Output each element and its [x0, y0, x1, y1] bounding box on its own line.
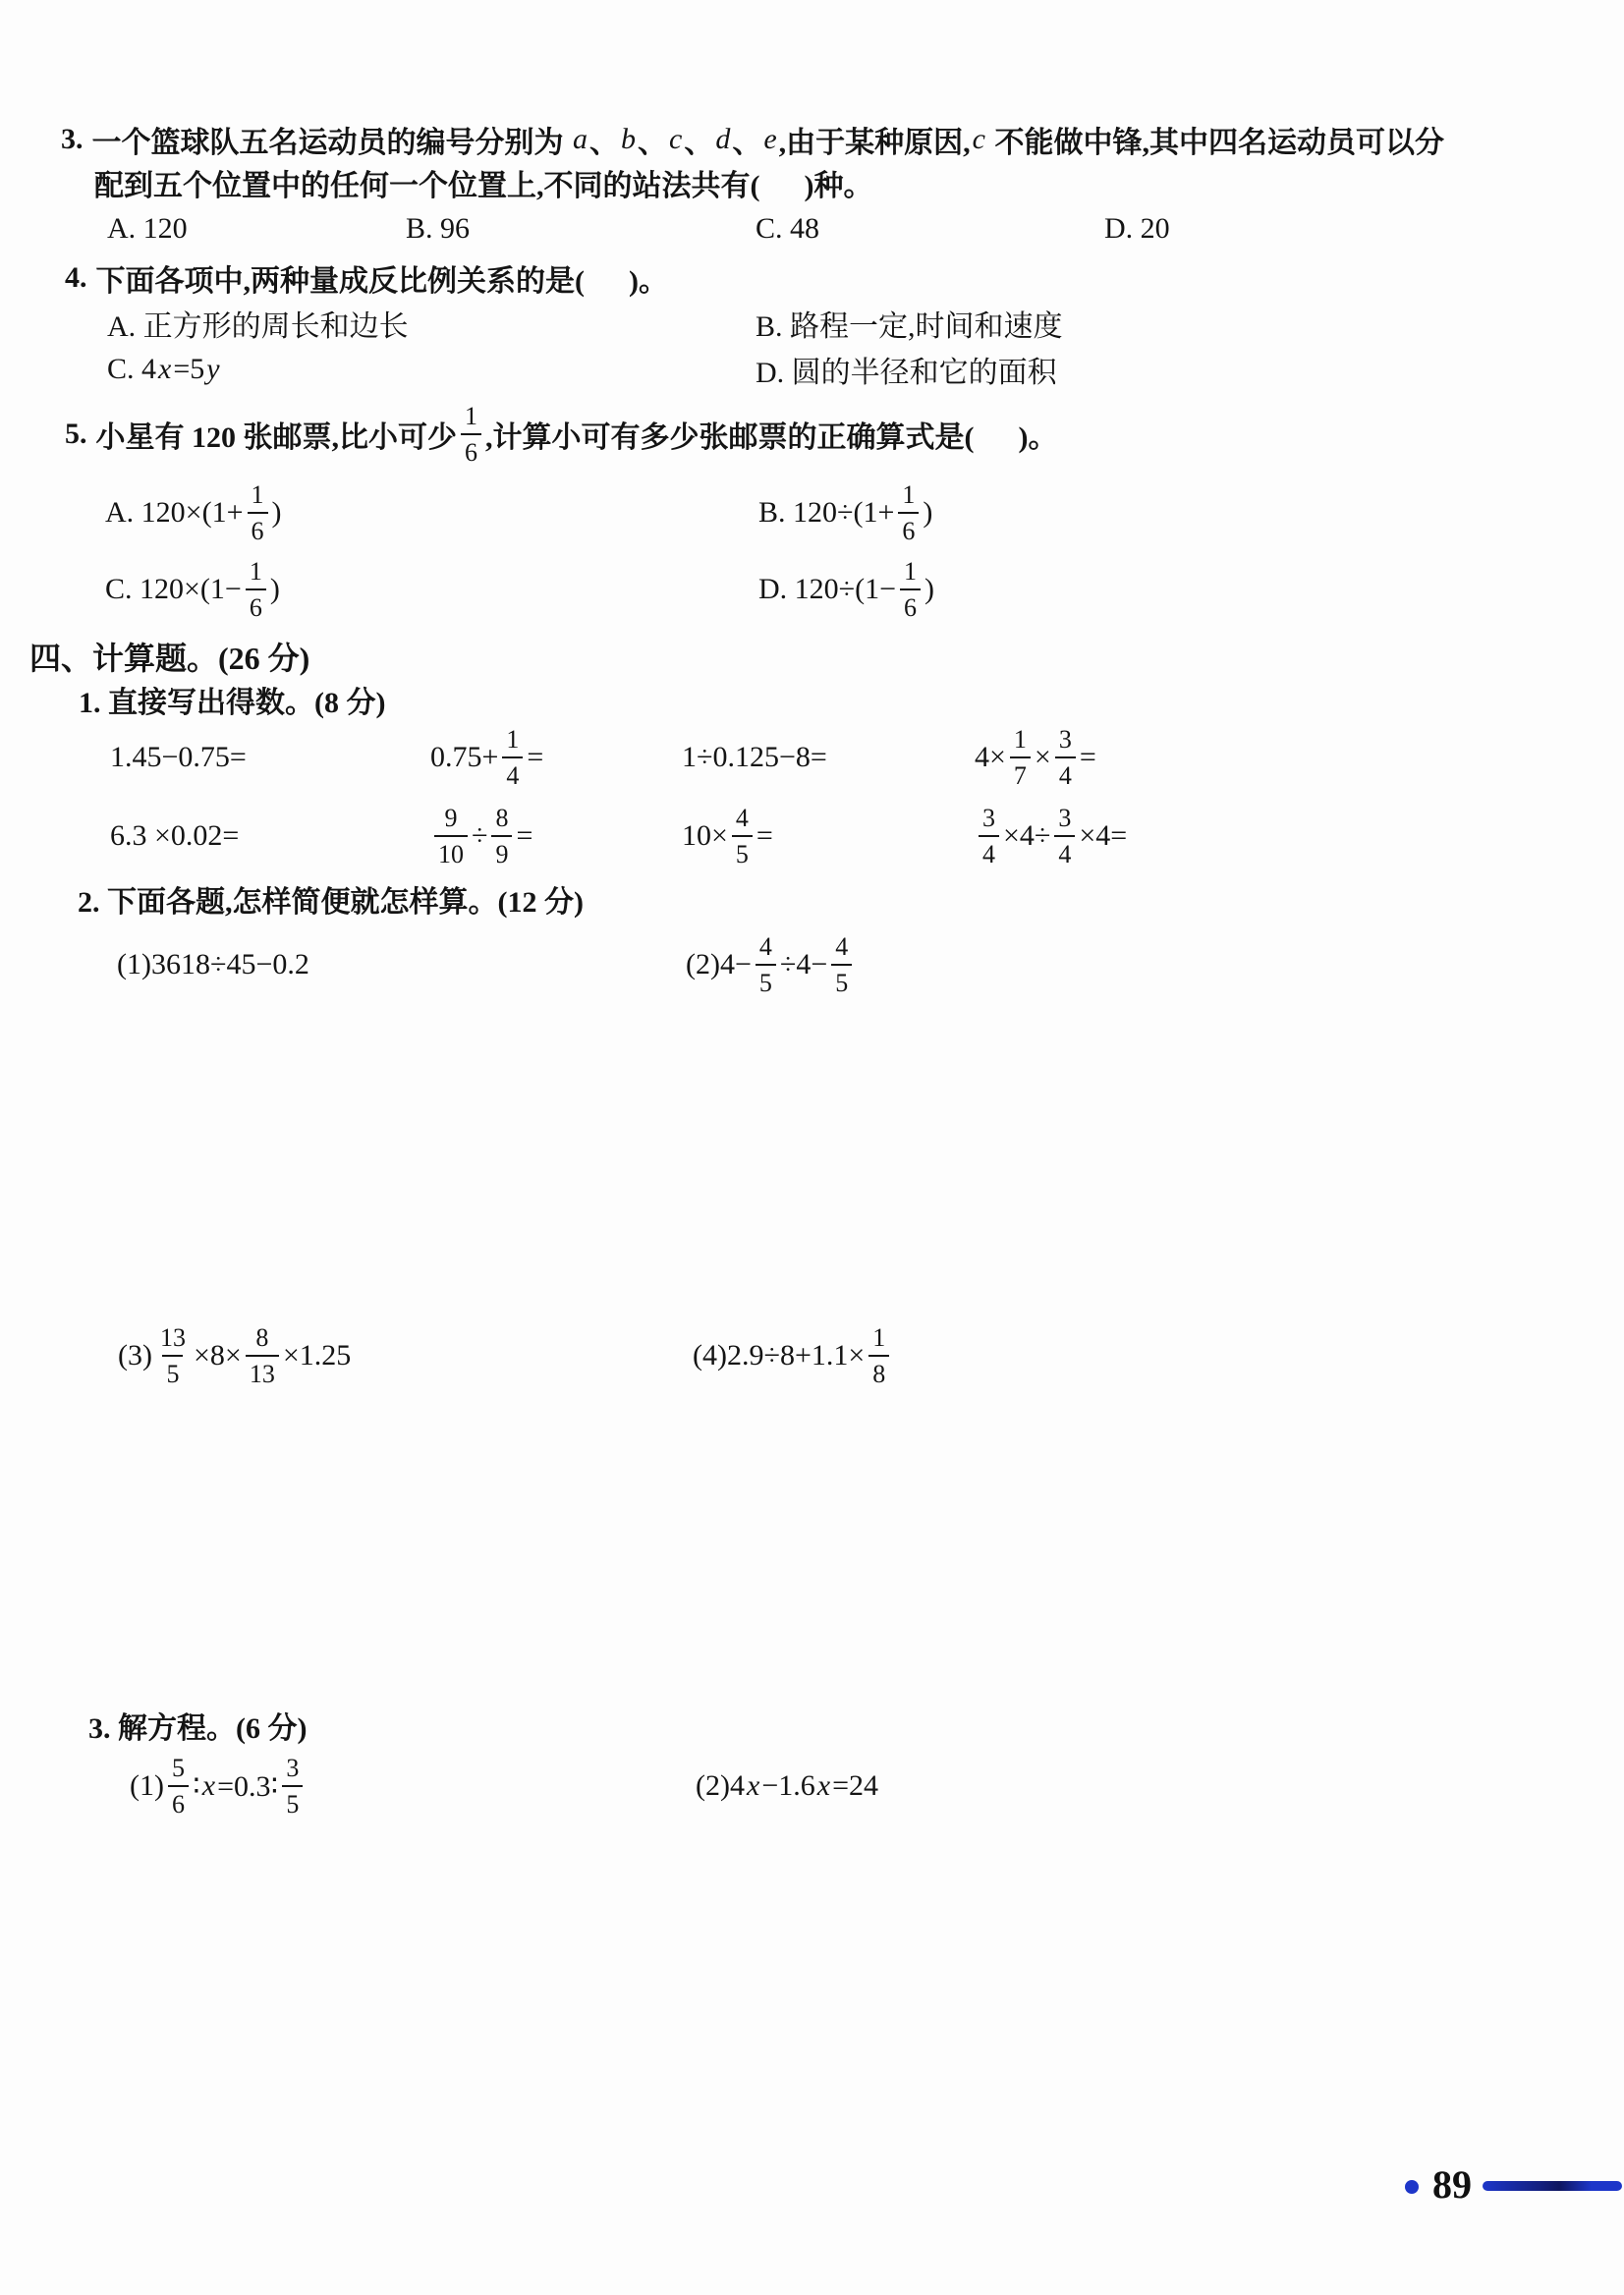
section-title-text: 四、计算题。(26 分) — [29, 634, 309, 679]
text-run: (4)2.9÷8+1.1× — [693, 1339, 865, 1372]
math-variable: a — [571, 123, 589, 156]
question-4-option-b: B. 路程一定,时间和速度 — [756, 302, 1063, 345]
fraction-numerator: 1 — [868, 1324, 889, 1355]
text-run: 一个篮球队五名运动员的编号分别为 — [92, 118, 572, 161]
fraction: 45 — [831, 933, 852, 997]
subsection-title-text: 2. 下面各题,怎样简便就怎样算。(12 分) — [78, 877, 584, 921]
fraction-numerator: 9 — [441, 805, 462, 835]
option-label: D. 圆的半径和它的面积 — [756, 348, 1057, 391]
text-run: −1.6 — [761, 1769, 814, 1803]
question-3-option-b: B. 96 — [406, 207, 470, 251]
fraction-denominator: 9 — [491, 835, 512, 868]
question-3-text: 一个篮球队五名运动员的编号分别为 a、b、c、d、e,由于某种原因,c 不能做中… — [92, 118, 1444, 161]
subsection-title-text: 3. 解方程。(6 分) — [88, 1704, 307, 1747]
text-run: (1)3618÷45−0.2 — [117, 948, 309, 981]
simplify-item-2: (2)4−45÷4−45 — [686, 928, 856, 1001]
calc-expression-1-2: 0.75+14= — [430, 721, 543, 794]
text-run: 、 — [684, 118, 713, 161]
fraction: 89 — [491, 805, 512, 868]
section-4-title: 四、计算题。(26 分) — [29, 635, 309, 678]
expression: 10×45= — [682, 805, 773, 868]
simplify-item-3: (3)135×8×813×1.25 — [118, 1319, 351, 1392]
text-run: 10× — [682, 819, 728, 853]
text-run: (2)4− — [686, 948, 752, 981]
text-run: ×4÷ — [1003, 819, 1050, 853]
text-run: ÷ — [472, 819, 487, 853]
option-label: C. 4x=5y — [107, 353, 222, 386]
equation-item-2: (2)4x−1.6x=24 — [696, 1750, 878, 1822]
math-variable: y — [204, 353, 221, 386]
fraction-denominator: 6 — [168, 1785, 189, 1818]
question-5-option-b: B. 120÷(1+16) — [758, 476, 932, 549]
fraction-numerator: 1 — [246, 558, 266, 588]
fraction-denominator: 4 — [502, 756, 523, 789]
calc-expression-1-4: 4×17×34= — [975, 721, 1096, 794]
text-run: C. 120×(1− — [105, 573, 242, 606]
fraction-denominator: 7 — [1010, 756, 1031, 789]
fraction-numerator: 1 — [461, 403, 481, 433]
calc-expression-2-1: 6.3 ×0.02= — [110, 800, 239, 872]
text-run: =0.3∶ — [217, 1769, 278, 1804]
calc-expression-2-2: 910÷89= — [430, 800, 532, 872]
fraction: 16 — [461, 403, 481, 467]
question-4-stem: 4. 下面各项中,两种量成反比例关系的是( )。 — [65, 256, 668, 300]
option-label: C. 120×(1−16) — [105, 558, 280, 622]
expression: (1)3618÷45−0.2 — [117, 948, 309, 981]
fraction: 35 — [282, 1755, 303, 1819]
expression: 34×4÷34×4= — [975, 805, 1127, 868]
question-5-text: 小星有 120 张邮票,比小可少16,计算小可有多少张邮票的正确算式是( )。 — [96, 403, 1058, 467]
text-run: = — [1080, 741, 1096, 774]
fraction: 910 — [434, 805, 468, 868]
fraction-numerator: 5 — [168, 1755, 189, 1785]
fraction-denominator: 6 — [900, 588, 921, 621]
question-5-option-c: C. 120×(1−16) — [105, 553, 280, 626]
text-run: 、 — [732, 118, 761, 161]
subsection-title-text: 1. 直接写出得数。(8 分) — [79, 678, 385, 721]
fraction: 17 — [1010, 726, 1031, 790]
text-run: = — [756, 819, 773, 853]
fraction-denominator: 6 — [246, 588, 266, 621]
fraction-numerator: 3 — [979, 805, 999, 835]
calc-expression-2-4: 34×4÷34×4= — [975, 800, 1127, 872]
fraction-denominator: 6 — [898, 512, 919, 544]
text-run: ,由于某种原因, — [779, 118, 971, 161]
calc-expression-2-3: 10×45= — [682, 800, 773, 872]
option-label: A. 120 — [107, 212, 188, 246]
text-run: C. 4 — [107, 353, 156, 386]
expression: (1)56∶x=0.3∶35 — [130, 1755, 307, 1819]
text-run: 4× — [975, 741, 1006, 774]
math-variable: b — [619, 123, 638, 156]
question-5-number: 5. — [65, 418, 96, 451]
fraction-numerator: 3 — [282, 1755, 303, 1785]
fraction: 16 — [898, 481, 919, 545]
fraction: 34 — [1055, 726, 1076, 790]
expression: 910÷89= — [430, 805, 532, 868]
text-run: × — [1035, 741, 1051, 774]
text-run: 、 — [589, 118, 619, 161]
text-run: (1) — [130, 1769, 164, 1803]
fraction-numerator: 1 — [898, 481, 919, 512]
fraction: 34 — [1054, 805, 1075, 868]
text-run: =24 — [832, 1769, 878, 1803]
fraction-numerator: 13 — [156, 1324, 190, 1355]
option-label: B. 120÷(1+16) — [758, 481, 932, 545]
option-label: C. 48 — [756, 212, 819, 246]
expression: 4×17×34= — [975, 726, 1096, 790]
fraction-numerator: 1 — [1010, 726, 1031, 756]
text-run: ×4= — [1079, 819, 1127, 853]
math-variable: d — [713, 123, 732, 156]
math-variable: x — [156, 353, 173, 386]
option-label: A. 正方形的周长和边长 — [107, 302, 409, 345]
equation-item-1: (1)56∶x=0.3∶35 — [130, 1750, 307, 1822]
text-run: ,计算小可有多少张邮票的正确算式是( )。 — [485, 413, 1057, 456]
text-run: ) — [924, 573, 934, 606]
fraction: 45 — [756, 933, 776, 997]
fraction-denominator: 4 — [1054, 835, 1075, 868]
text-run: ) — [923, 496, 932, 530]
fraction: 34 — [979, 805, 999, 868]
subsection-2-title: 2. 下面各题,怎样简便就怎样算。(12 分) — [78, 877, 584, 921]
text-run: 不能做中锋,其中四名运动员可以分 — [987, 118, 1444, 161]
question-5-option-d: D. 120÷(1−16) — [758, 553, 934, 626]
expression: 1÷0.125−8= — [682, 741, 827, 774]
fraction-numerator: 1 — [900, 558, 921, 588]
question-4-text: 下面各项中,两种量成反比例关系的是( )。 — [96, 256, 668, 300]
option-label: B. 路程一定,时间和速度 — [756, 302, 1063, 345]
text-run: 6.3 ×0.02= — [110, 819, 239, 853]
option-label: A. 120×(1+16) — [105, 481, 282, 545]
expression: (2)4−45÷4−45 — [686, 933, 856, 997]
simplify-item-1: (1)3618÷45−0.2 — [117, 928, 309, 1001]
fraction-denominator: 6 — [461, 433, 481, 466]
text-run: = — [516, 819, 532, 853]
question-3-line-1: 3. 一个篮球队五名运动员的编号分别为 a、b、c、d、e,由于某种原因,c 不… — [61, 118, 1444, 161]
fraction-numerator: 1 — [502, 726, 523, 756]
text-run: ) — [272, 496, 282, 530]
fraction-denominator: 4 — [979, 835, 999, 868]
text-run: 1÷0.125−8= — [682, 741, 827, 774]
text-run: ×8× — [194, 1339, 242, 1372]
expression: 0.75+14= — [430, 726, 543, 790]
question-4-option-a: A. 正方形的周长和边长 — [107, 302, 409, 345]
fraction: 45 — [732, 805, 753, 868]
question-3-option-c: C. 48 — [756, 207, 819, 251]
fraction: 14 — [502, 726, 523, 790]
fraction-denominator: 13 — [246, 1355, 279, 1387]
fraction: 56 — [168, 1755, 189, 1819]
math-variable: c — [667, 123, 684, 156]
math-variable: c — [971, 123, 987, 156]
fraction-denominator: 4 — [1055, 756, 1076, 789]
fraction-numerator: 3 — [1055, 726, 1076, 756]
question-3-text-continued: 配到五个位置中的任何一个位置上,不同的站法共有( )种。 — [94, 161, 872, 204]
expression: 1.45−0.75= — [110, 741, 247, 774]
fraction-denominator: 5 — [282, 1785, 303, 1818]
math-variable: x — [815, 1769, 832, 1803]
question-3-number: 3. — [61, 123, 92, 156]
fraction-numerator: 4 — [831, 933, 852, 964]
calc-expression-1-3: 1÷0.125−8= — [682, 721, 827, 794]
page-number: 89 — [1432, 2161, 1472, 2208]
math-variable: x — [200, 1769, 217, 1803]
text-run: A. 120×(1+ — [105, 496, 244, 530]
fraction: 135 — [156, 1324, 190, 1388]
fraction-numerator: 3 — [1054, 805, 1075, 835]
text-run: 1.45−0.75= — [110, 741, 247, 774]
text-run: ÷4− — [780, 948, 827, 981]
expression: 6.3 ×0.02= — [110, 819, 239, 853]
question-5-stem: 5. 小星有 120 张邮票,比小可少16,计算小可有多少张邮票的正确算式是( … — [65, 398, 1057, 471]
text-run: ×1.25 — [283, 1339, 351, 1372]
text-run: 0.75+ — [430, 741, 498, 774]
expression: (3)135×8×813×1.25 — [118, 1324, 351, 1388]
text-run: 小星有 120 张邮票,比小可少 — [96, 413, 458, 456]
fraction-denominator: 5 — [162, 1355, 183, 1387]
fraction-denominator: 6 — [248, 512, 268, 544]
question-5-option-a: A. 120×(1+16) — [105, 476, 282, 549]
subsection-1-title: 1. 直接写出得数。(8 分) — [79, 678, 385, 721]
fraction: 16 — [246, 558, 266, 622]
simplify-item-4: (4)2.9÷8+1.1×18 — [693, 1319, 893, 1392]
fraction-numerator: 4 — [756, 933, 776, 964]
expression: (2)4x−1.6x=24 — [696, 1769, 878, 1803]
option-label: D. 20 — [1104, 212, 1170, 246]
text-run: 、 — [638, 118, 667, 161]
footer-dot — [1405, 2180, 1419, 2194]
fraction-numerator: 4 — [732, 805, 753, 835]
fraction: 16 — [900, 558, 921, 622]
fraction: 18 — [868, 1324, 889, 1388]
text-run: ∶ — [193, 1769, 200, 1804]
text-run: = — [527, 741, 543, 774]
question-4-option-d: D. 圆的半径和它的面积 — [756, 348, 1057, 391]
question-3-option-d: D. 20 — [1104, 207, 1170, 251]
text-run: B. 120÷(1+ — [758, 496, 894, 530]
fraction-numerator: 1 — [248, 481, 268, 512]
fraction-denominator: 10 — [434, 835, 468, 868]
fraction-denominator: 8 — [868, 1355, 889, 1387]
text-run: (3) — [118, 1339, 152, 1372]
option-label: B. 96 — [406, 212, 470, 246]
fraction: 813 — [246, 1324, 279, 1388]
calc-expression-1-1: 1.45−0.75= — [110, 721, 247, 794]
question-3-line-2: 配到五个位置中的任何一个位置上,不同的站法共有( )种。 — [94, 161, 872, 204]
question-4-number: 4. — [65, 261, 96, 295]
text-run: =5 — [173, 353, 204, 386]
math-variable: x — [745, 1769, 761, 1803]
text-run: (2)4 — [696, 1769, 745, 1803]
fraction: 16 — [248, 481, 268, 545]
text-run: D. 120÷(1− — [758, 573, 896, 606]
worksheet-page: 3. 一个篮球队五名运动员的编号分别为 a、b、c、d、e,由于某种原因,c 不… — [0, 0, 1624, 2295]
math-variable: e — [761, 123, 778, 156]
fraction-denominator: 5 — [756, 964, 776, 996]
text-run: ) — [270, 573, 280, 606]
fraction-denominator: 5 — [831, 964, 852, 996]
fraction-denominator: 5 — [732, 835, 753, 868]
fraction-numerator: 8 — [491, 805, 512, 835]
option-label: D. 120÷(1−16) — [758, 558, 934, 622]
expression: (4)2.9÷8+1.1×18 — [693, 1324, 893, 1388]
question-3-option-a: A. 120 — [107, 207, 188, 251]
subsection-3-title: 3. 解方程。(6 分) — [88, 1704, 307, 1747]
footer-rule — [1483, 2181, 1622, 2191]
question-4-option-c: C. 4x=5y — [107, 348, 222, 391]
fraction-numerator: 8 — [252, 1324, 272, 1355]
